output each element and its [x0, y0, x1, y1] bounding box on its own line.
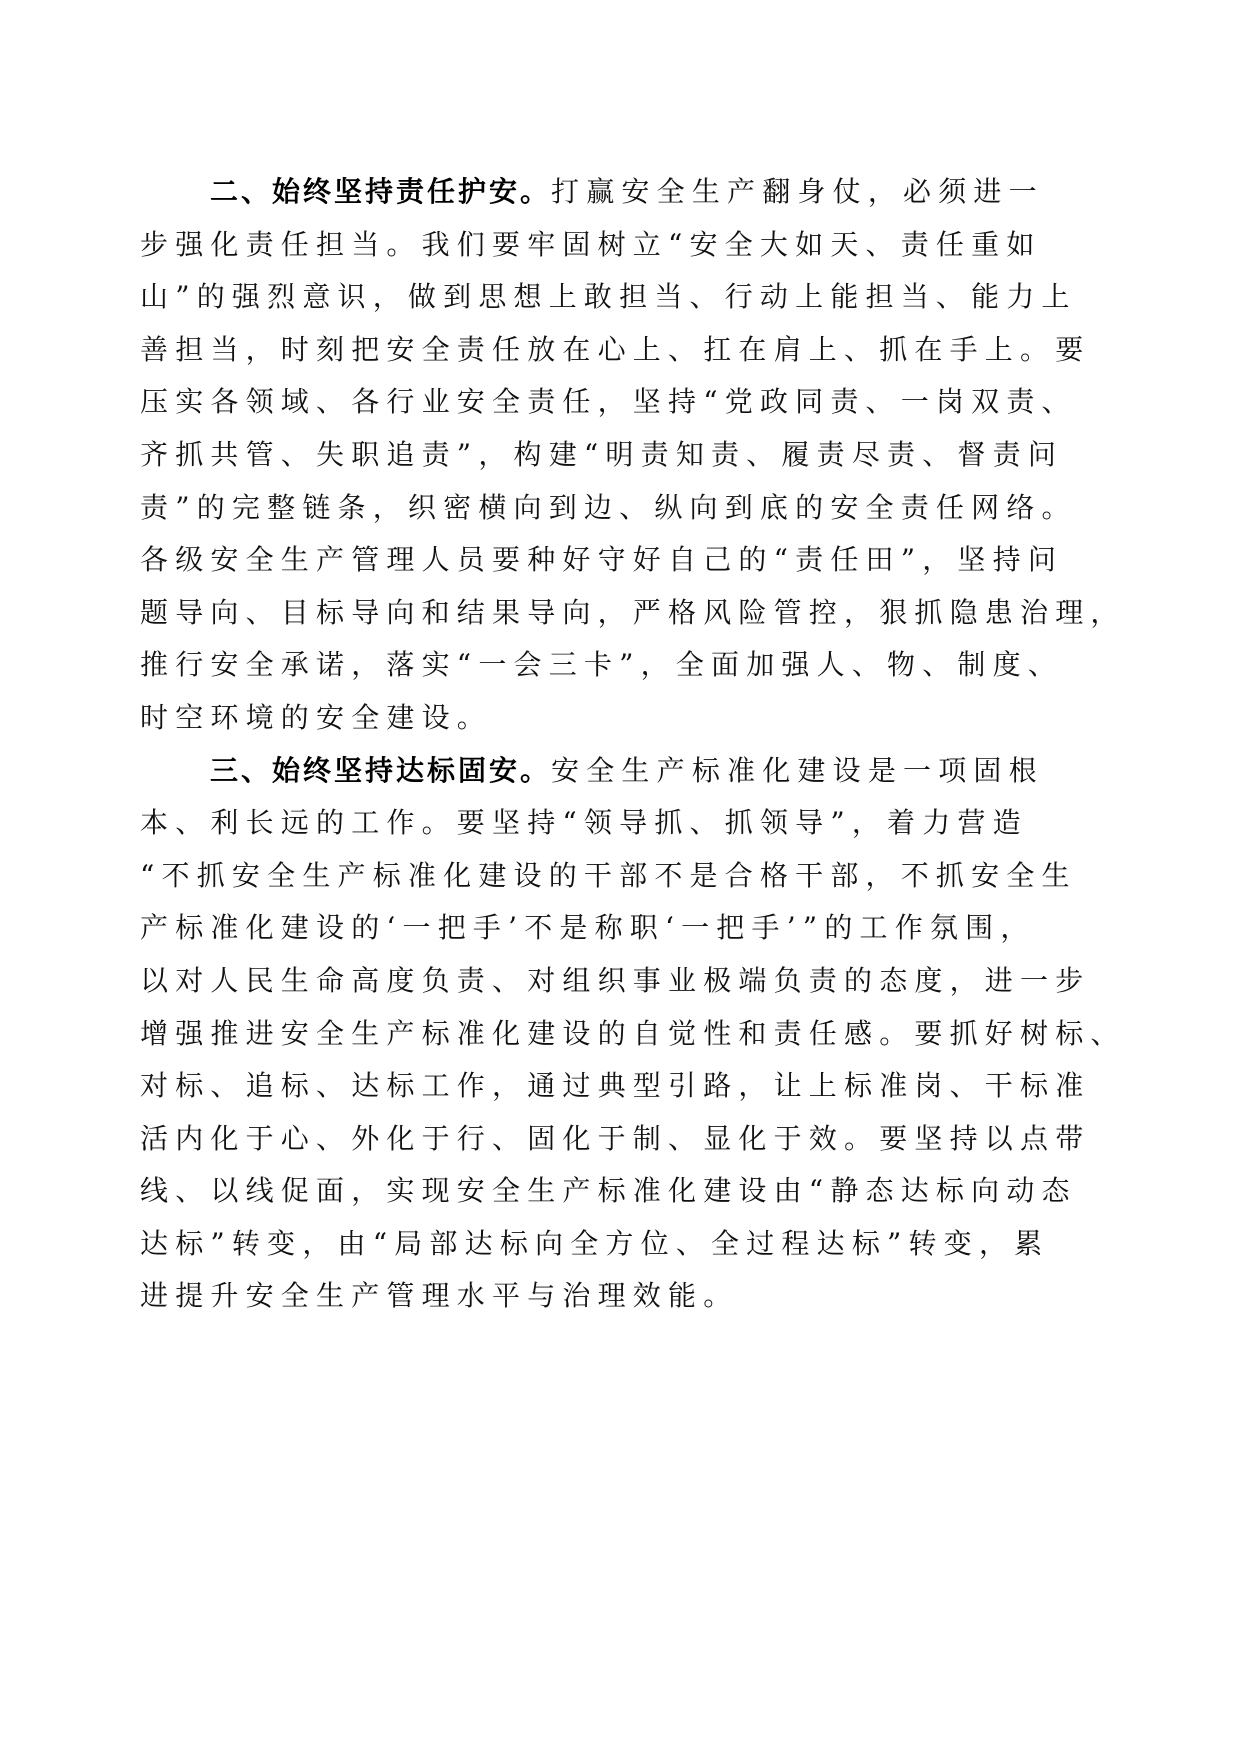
paragraph-line: 压实各领域、各行业安全责任，坚持“党政同责、一岗双责、 [140, 376, 1100, 429]
paragraph-line: 齐抓共管、失职追责”，构建“明责知责、履责尽责、督责问 [140, 429, 1100, 482]
paragraph-line: 达标”转变，由“局部达标向全方位、全过程达标”转变，累 [140, 1218, 1100, 1271]
paragraph-line: 二、始终坚持责任护安。打赢安全生产翻身仗，必须进一 [140, 166, 1100, 219]
paragraph-text: 打赢安全生产翻身仗，必须进一 [551, 175, 1044, 208]
paragraph-line: “不抓安全生产标准化建设的干部不是合格干部，不抓安全生 [140, 850, 1100, 903]
paragraph-line: 对标、追标、达标工作，通过典型引路，让上标准岗、干标准 [140, 1060, 1100, 1113]
document-page: 二、始终坚持责任护安。打赢安全生产翻身仗，必须进一 步强化责任担当。我们要牢固树… [0, 0, 1240, 1754]
paragraph-line: 进提升安全生产管理水平与治理效能。 [140, 1270, 1100, 1323]
paragraph-line: 增强推进安全生产标准化建设的自觉性和责任感。要抓好树标、 [140, 1008, 1100, 1061]
paragraph-line: 责”的完整链条，织密横向到边、纵向到底的安全责任网络。 [140, 482, 1100, 535]
paragraph-line: 时空环境的安全建设。 [140, 692, 1100, 745]
paragraph-line: 线、以线促面，实现安全生产标准化建设由“静态达标向动态 [140, 1165, 1100, 1218]
paragraph-line: 产标准化建设的‘一把手’不是称职‘一把手’”的工作氛围， [140, 902, 1100, 955]
paragraph-line: 以对人民生命高度负责、对组织事业极端负责的态度，进一步 [140, 955, 1100, 1008]
section-heading: 二、始终坚持责任护安。 [210, 175, 551, 208]
paragraph-line: 山”的强烈意识，做到思想上敢担当、行动上能担当、能力上 [140, 271, 1100, 324]
paragraph-line: 本、利长远的工作。要坚持“领导抓、抓领导”，着力营造 [140, 797, 1100, 850]
paragraph-text: 安全生产标准化建设是一项固根 [551, 754, 1044, 787]
section-heading: 三、始终坚持达标固安。 [210, 754, 551, 787]
paragraph-line: 各级安全生产管理人员要种好守好自己的“责任田”，坚持问 [140, 534, 1100, 587]
document-body: 二、始终坚持责任护安。打赢安全生产翻身仗，必须进一 步强化责任担当。我们要牢固树… [140, 166, 1100, 1323]
paragraph-line: 活内化于心、外化于行、固化于制、显化于效。要坚持以点带 [140, 1113, 1100, 1166]
paragraph-line: 步强化责任担当。我们要牢固树立“安全大如天、责任重如 [140, 219, 1100, 272]
paragraph-line: 推行安全承诺，落实“一会三卡”，全面加强人、物、制度、 [140, 639, 1100, 692]
paragraph-line: 善担当，时刻把安全责任放在心上、扛在肩上、抓在手上。要 [140, 324, 1100, 377]
paragraph-line: 题导向、目标导向和结果导向，严格风险管控，狠抓隐患治理， [140, 587, 1100, 640]
paragraph-line: 三、始终坚持达标固安。安全生产标准化建设是一项固根 [140, 745, 1100, 798]
